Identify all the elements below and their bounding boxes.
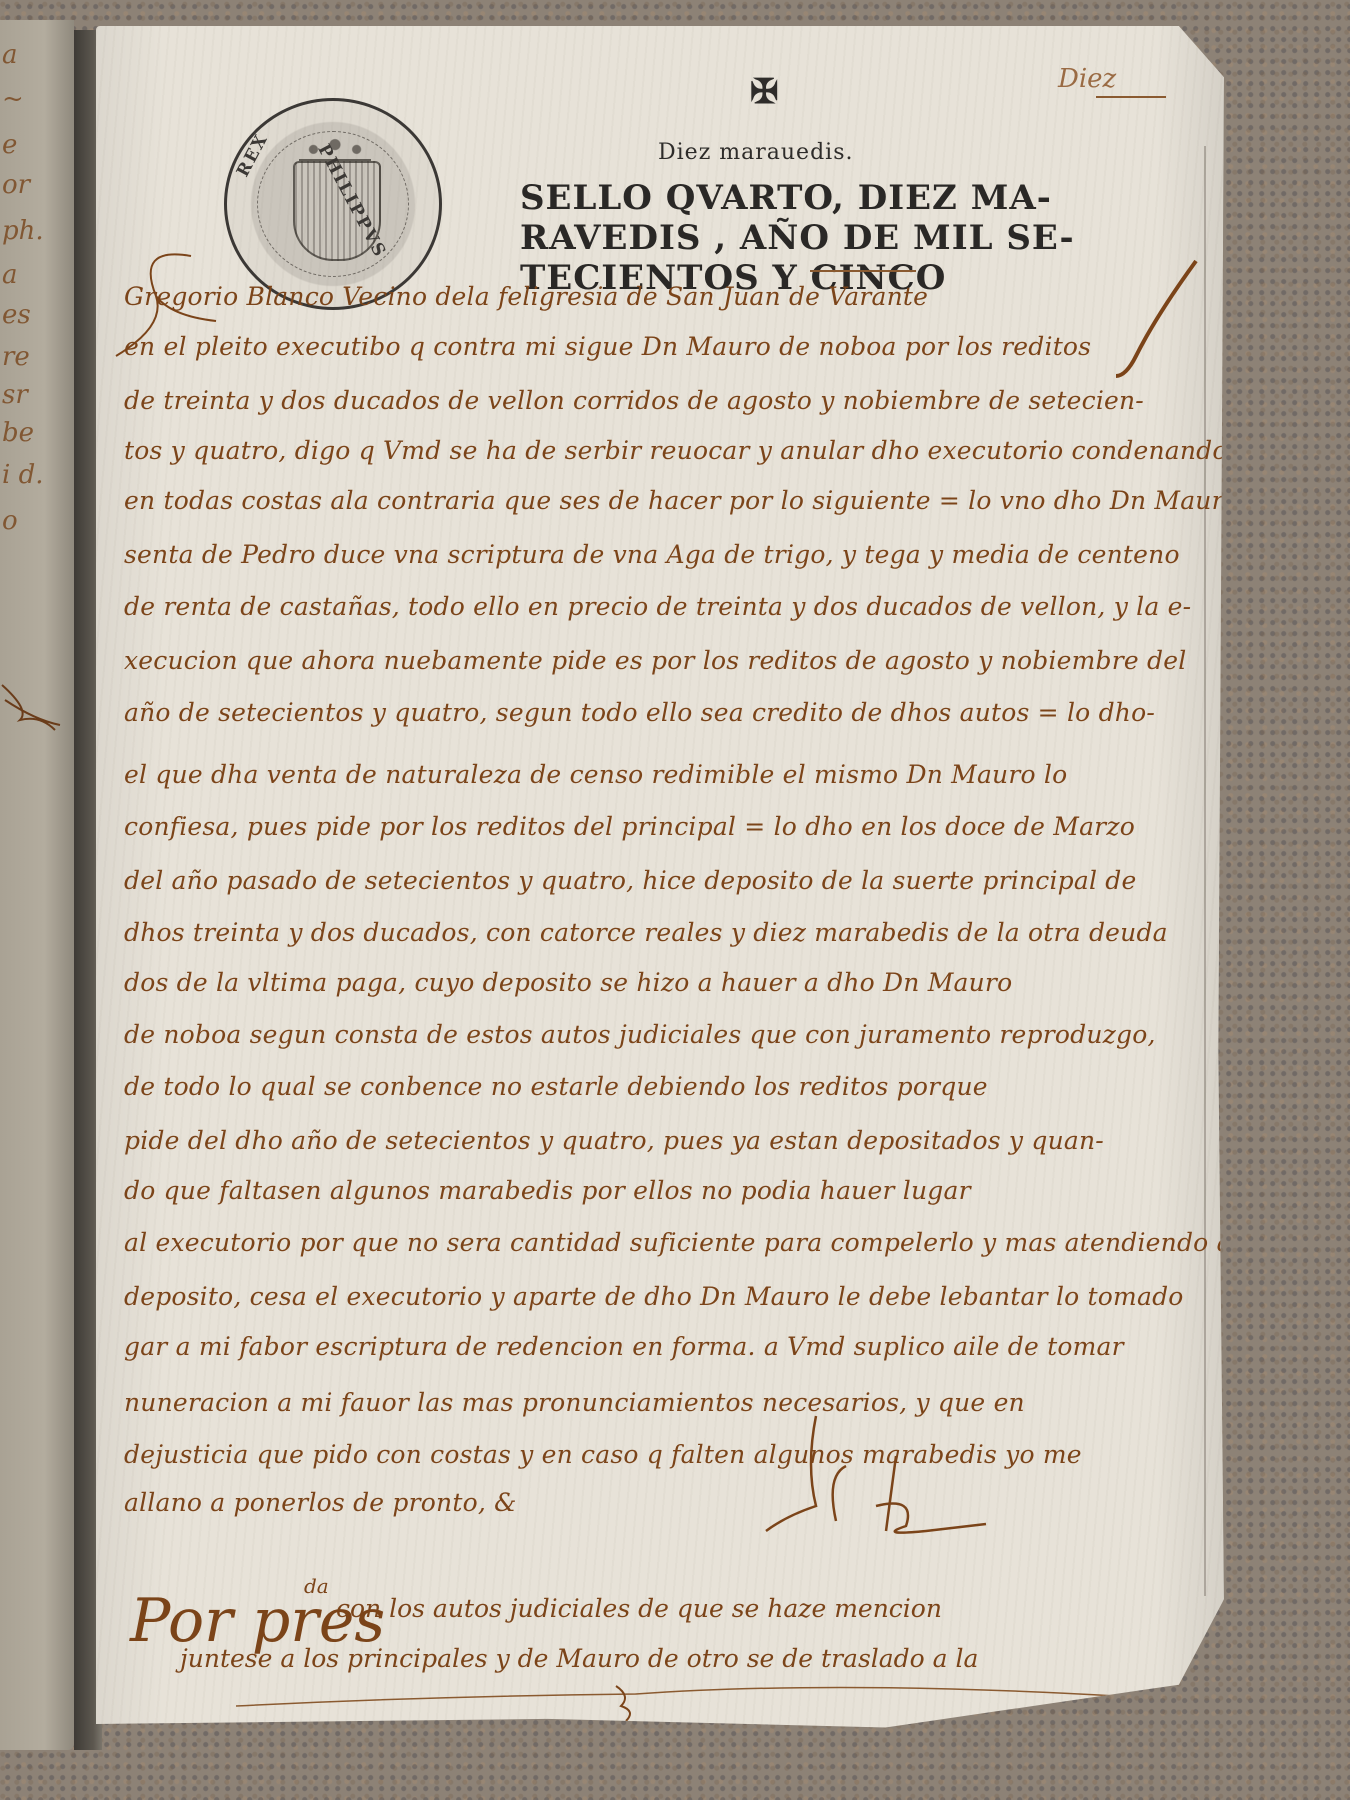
body-line: en el pleito executibo q contra mi sigue… xyxy=(124,332,1144,361)
body-line: gar a mi fabor escriptura de redencion e… xyxy=(124,1332,1144,1361)
body-line: dos de la vltima paga, cuyo deposito se … xyxy=(124,968,1144,997)
left-page-fragment: i d. xyxy=(2,460,44,490)
header-underline xyxy=(810,270,916,272)
left-page-edge: a ~ e or ph. a es re sr be i d. o xyxy=(0,20,74,1750)
footer-line: con los autos judiciales de que se haze … xyxy=(336,1594,942,1623)
left-page-fragment: e xyxy=(2,130,17,160)
body-line: de noboa segun consta de estos autos jud… xyxy=(124,1020,1144,1049)
footer-superscript: da xyxy=(304,1574,329,1598)
stamp-line: RAVEDIS , AÑO DE MIL SE- xyxy=(520,218,1075,258)
body-line: del año pasado de setecientos y quatro, … xyxy=(124,866,1144,895)
royal-seal-stamp: REX PHILIPPVS xyxy=(224,98,442,310)
left-page-fragment: o xyxy=(2,506,18,536)
cross-icon: ✠ xyxy=(750,72,779,112)
left-page-fragment: or xyxy=(2,170,30,200)
body-line: el que dha venta de naturaleza de censo … xyxy=(124,760,1144,789)
body-line: en todas costas ala contraria que ses de… xyxy=(124,486,1144,515)
body-line: dhos treinta y dos ducados, con catorce … xyxy=(124,918,1144,947)
left-page-fragment: be xyxy=(2,418,34,448)
body-line: Gregorio Blanco Vecino dela feligresia d… xyxy=(124,282,1144,311)
footer-flourish-line xyxy=(236,1666,1136,1726)
line-end-flourish xyxy=(1116,256,1206,386)
note-underline xyxy=(1096,96,1166,98)
body-line: de renta de castañas, todo ello en preci… xyxy=(124,592,1144,621)
stamp-line: SELLO QVARTO, DIEZ MA- xyxy=(520,178,1075,218)
left-page-fragment: ph. xyxy=(2,216,44,246)
body-line: deposito, cesa el executorio y aparte de… xyxy=(124,1282,1144,1311)
body-line: año de setecientos y quatro, segun todo … xyxy=(124,698,1144,727)
body-line: do que faltasen algunos marabedis por el… xyxy=(124,1176,1144,1205)
body-line: de treinta y dos ducados de vellon corri… xyxy=(124,386,1144,415)
document-page: REX PHILIPPVS ✠ Diez Diez marauedis. SEL… xyxy=(96,26,1224,1736)
body-line: xecucion que ahora nuebamente pide es po… xyxy=(124,646,1144,675)
price-line: Diez marauedis. xyxy=(658,140,853,165)
left-page-fragment: sr xyxy=(2,380,28,410)
top-right-note: Diez xyxy=(1058,64,1116,94)
left-page-flourish xyxy=(0,680,70,740)
body-line: tos y quatro, digo q Vmd se ha de serbir… xyxy=(124,436,1144,465)
body-line: confiesa, pues pide por los reditos del … xyxy=(124,812,1144,841)
left-page-fragment: es xyxy=(2,300,31,330)
body-line: senta de Pedro duce vna scriptura de vna… xyxy=(124,540,1144,569)
body-line: al executorio por que no sera cantidad s… xyxy=(124,1228,1144,1257)
left-page-fragment: a xyxy=(2,40,18,70)
stamped-paper-header: SELLO QVARTO, DIEZ MA- RAVEDIS , AÑO DE … xyxy=(520,178,1075,298)
left-page-fragment: a xyxy=(2,260,18,290)
left-page-fragment: ~ xyxy=(2,84,24,114)
body-line: de todo lo qual se conbence no estarle d… xyxy=(124,1072,1144,1101)
body-line: pide del dho año de setecientos y quatro… xyxy=(124,1126,1144,1155)
left-page-fragment: re xyxy=(2,342,30,372)
